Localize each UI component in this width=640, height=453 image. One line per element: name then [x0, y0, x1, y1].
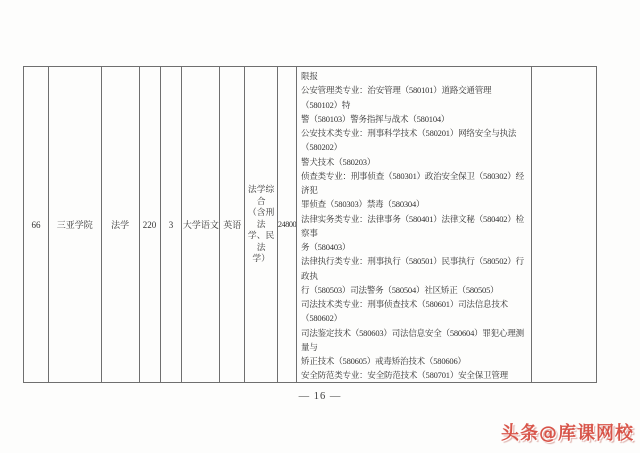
cell-plan-count: 220 — [140, 67, 161, 382]
cell-tuition-fee: 24800 — [278, 67, 297, 382]
cell-exam-subject-3: 法学综合 （含刑法 学、民法 学） — [245, 67, 278, 382]
cell-duration: 3 — [161, 67, 183, 382]
cell-sequence-number: 66 — [24, 67, 49, 382]
cell-school-name: 三亚学院 — [49, 67, 102, 382]
cell-exam-subject-2: 英语 — [220, 67, 245, 382]
cell-major-name: 法学 — [102, 67, 140, 382]
cell-restricted-majors: 限报 公安管理类专业：治安管理（580101）道路交通管理（580102）特 警… — [297, 67, 532, 382]
document-page: 66 三亚学院 法学 220 3 大学语文 英语 法学综合 （含刑法 学、民法 … — [0, 0, 640, 453]
watermark-toutiao-kuke: 头条@库课网校 — [501, 419, 634, 445]
cell-remark-empty — [532, 67, 596, 382]
cell-exam-subject-1: 大学语文 — [182, 67, 220, 382]
admission-table: 66 三亚学院 法学 220 3 大学语文 英语 法学综合 （含刑法 学、民法 … — [23, 66, 597, 383]
page-number: — 16 — — [290, 391, 350, 402]
